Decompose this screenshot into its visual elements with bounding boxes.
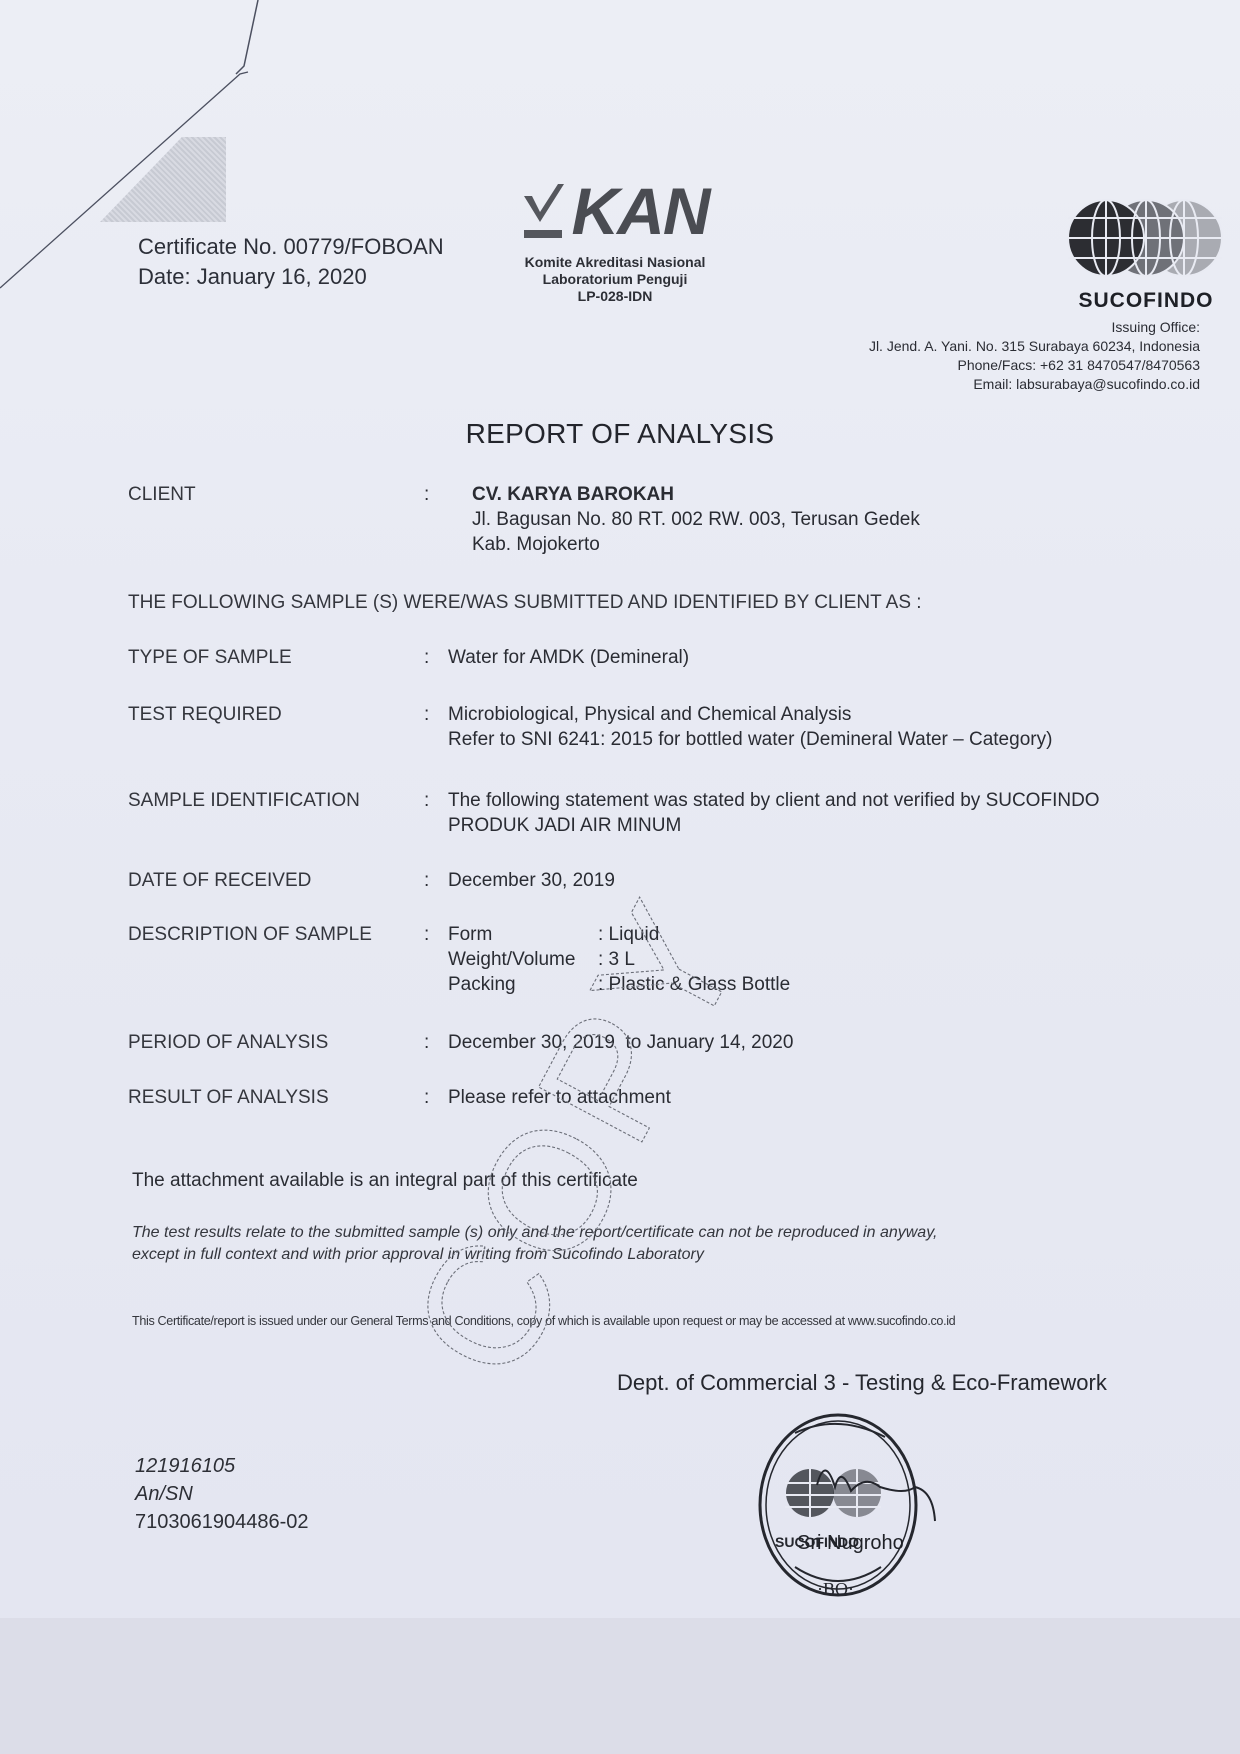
colon: : xyxy=(424,702,429,727)
signer-name: Sri Nugroho xyxy=(797,1532,904,1554)
checkmark-icon xyxy=(522,182,568,244)
sucofindo-logo: SUCOFINDO xyxy=(1066,196,1226,313)
type-of-sample-label: TYPE OF SAMPLE xyxy=(128,645,292,670)
certificate-page: Certificate No. 00779/FOBOAN Date: Janua… xyxy=(0,0,1240,1618)
client-name: CV. KARYA BAROKAH xyxy=(472,482,920,507)
description-details: Form : Liquid Weight/Volume : 3 L Packin… xyxy=(448,922,790,997)
official-stamp: SUCOFINDO Sri Nugroho ·BO· xyxy=(755,1395,945,1625)
issuing-address: Jl. Jend. A. Yani. No. 315 Surabaya 6023… xyxy=(869,337,1200,356)
colon: : xyxy=(424,645,429,670)
issuing-label: Issuing Office: xyxy=(869,318,1200,337)
colon: : xyxy=(424,922,429,947)
sample-identification-label: SAMPLE IDENTIFICATION xyxy=(128,788,360,813)
attachment-note: The attachment available is an integral … xyxy=(132,1170,638,1192)
issuing-phone: Phone/Facs: +62 31 8470547/8470563 xyxy=(869,356,1200,375)
kan-accreditation-no: LP-028-IDN xyxy=(500,288,730,305)
kan-committee: Komite Akreditasi Nasional xyxy=(500,254,730,271)
reference-codes: 121916105 An/SN 7103061904486-02 xyxy=(135,1452,309,1536)
kan-wordmark: KAN xyxy=(572,178,709,244)
form-value: : Liquid xyxy=(598,922,790,947)
packing-key: Packing xyxy=(448,972,598,997)
sucofindo-wordmark: SUCOFINDO xyxy=(1066,289,1226,313)
client-address-line1: Jl. Bagusan No. 80 RT. 002 RW. 003, Teru… xyxy=(472,507,920,532)
globe-icon xyxy=(1066,196,1226,280)
disclaimer-line2: except in full context and with prior ap… xyxy=(132,1244,937,1266)
sample-identification-value-line1: The following statement was stated by cl… xyxy=(448,788,1100,813)
period-of-analysis-label: PERIOD OF ANALYSIS xyxy=(128,1030,328,1055)
intro-statement: THE FOLLOWING SAMPLE (S) WERE/WAS SUBMIT… xyxy=(128,592,922,614)
weight-volume-key: Weight/Volume xyxy=(448,947,598,972)
description-of-sample-label: DESCRIPTION OF SAMPLE xyxy=(128,922,372,947)
test-required-value-line1: Microbiological, Physical and Chemical A… xyxy=(448,702,1052,727)
test-required-label: TEST REQUIRED xyxy=(128,702,282,727)
terms-note: This Certificate/report is issued under … xyxy=(132,1314,955,1328)
type-of-sample-value: Water for AMDK (Demineral) xyxy=(448,645,689,670)
test-required-value-line2: Refer to SNI 6241: 2015 for bottled wate… xyxy=(448,727,1052,752)
issuing-office: Issuing Office: Jl. Jend. A. Yani. No. 3… xyxy=(869,318,1200,394)
kan-lab: Laboratorium Penguji xyxy=(500,271,730,288)
colon: : xyxy=(424,482,429,507)
stamp-code: ·BO· xyxy=(817,1579,854,1599)
reference-id: 7103061904486-02 xyxy=(135,1508,309,1536)
disclaimer-line1: The test results relate to the submitted… xyxy=(132,1222,937,1244)
certificate-number: Certificate No. 00779/FOBOAN xyxy=(138,232,444,262)
form-key: Form xyxy=(448,922,598,947)
client-address-line2: Kab. Mojokerto xyxy=(472,532,920,557)
colon: : xyxy=(424,1085,429,1110)
certificate-info: Certificate No. 00779/FOBOAN Date: Janua… xyxy=(138,232,444,292)
weight-volume-value: : 3 L xyxy=(598,947,790,972)
date-of-received-value: December 30, 2019 xyxy=(448,868,615,893)
certificate-date: Date: January 16, 2020 xyxy=(138,262,444,292)
reference-initials: An/SN xyxy=(135,1480,309,1508)
department-name: Dept. of Commercial 3 - Testing & Eco-Fr… xyxy=(617,1370,1107,1396)
colon: : xyxy=(424,788,429,813)
colon: : xyxy=(424,1030,429,1055)
disclaimer: The test results relate to the submitted… xyxy=(132,1222,937,1266)
packing-value: : Plastic & Glass Bottle xyxy=(598,972,790,997)
sample-identification-value-line2: PRODUK JADI AIR MINUM xyxy=(448,813,1100,838)
period-of-analysis-value: December 30, 2019 to January 14, 2020 xyxy=(448,1030,793,1055)
date-of-received-label: DATE OF RECEIVED xyxy=(128,868,311,893)
reference-number: 121916105 xyxy=(135,1452,309,1480)
report-title: REPORT OF ANALYSIS xyxy=(0,418,1240,450)
client-label: CLIENT xyxy=(128,482,196,507)
colon: : xyxy=(424,868,429,893)
result-of-analysis-value: Please refer to attachment xyxy=(448,1085,671,1110)
kan-logo: KAN Komite Akreditasi Nasional Laborator… xyxy=(500,172,730,305)
issuing-email: Email: labsurabaya@sucofindo.co.id xyxy=(869,375,1200,394)
result-of-analysis-label: RESULT OF ANALYSIS xyxy=(128,1085,329,1110)
